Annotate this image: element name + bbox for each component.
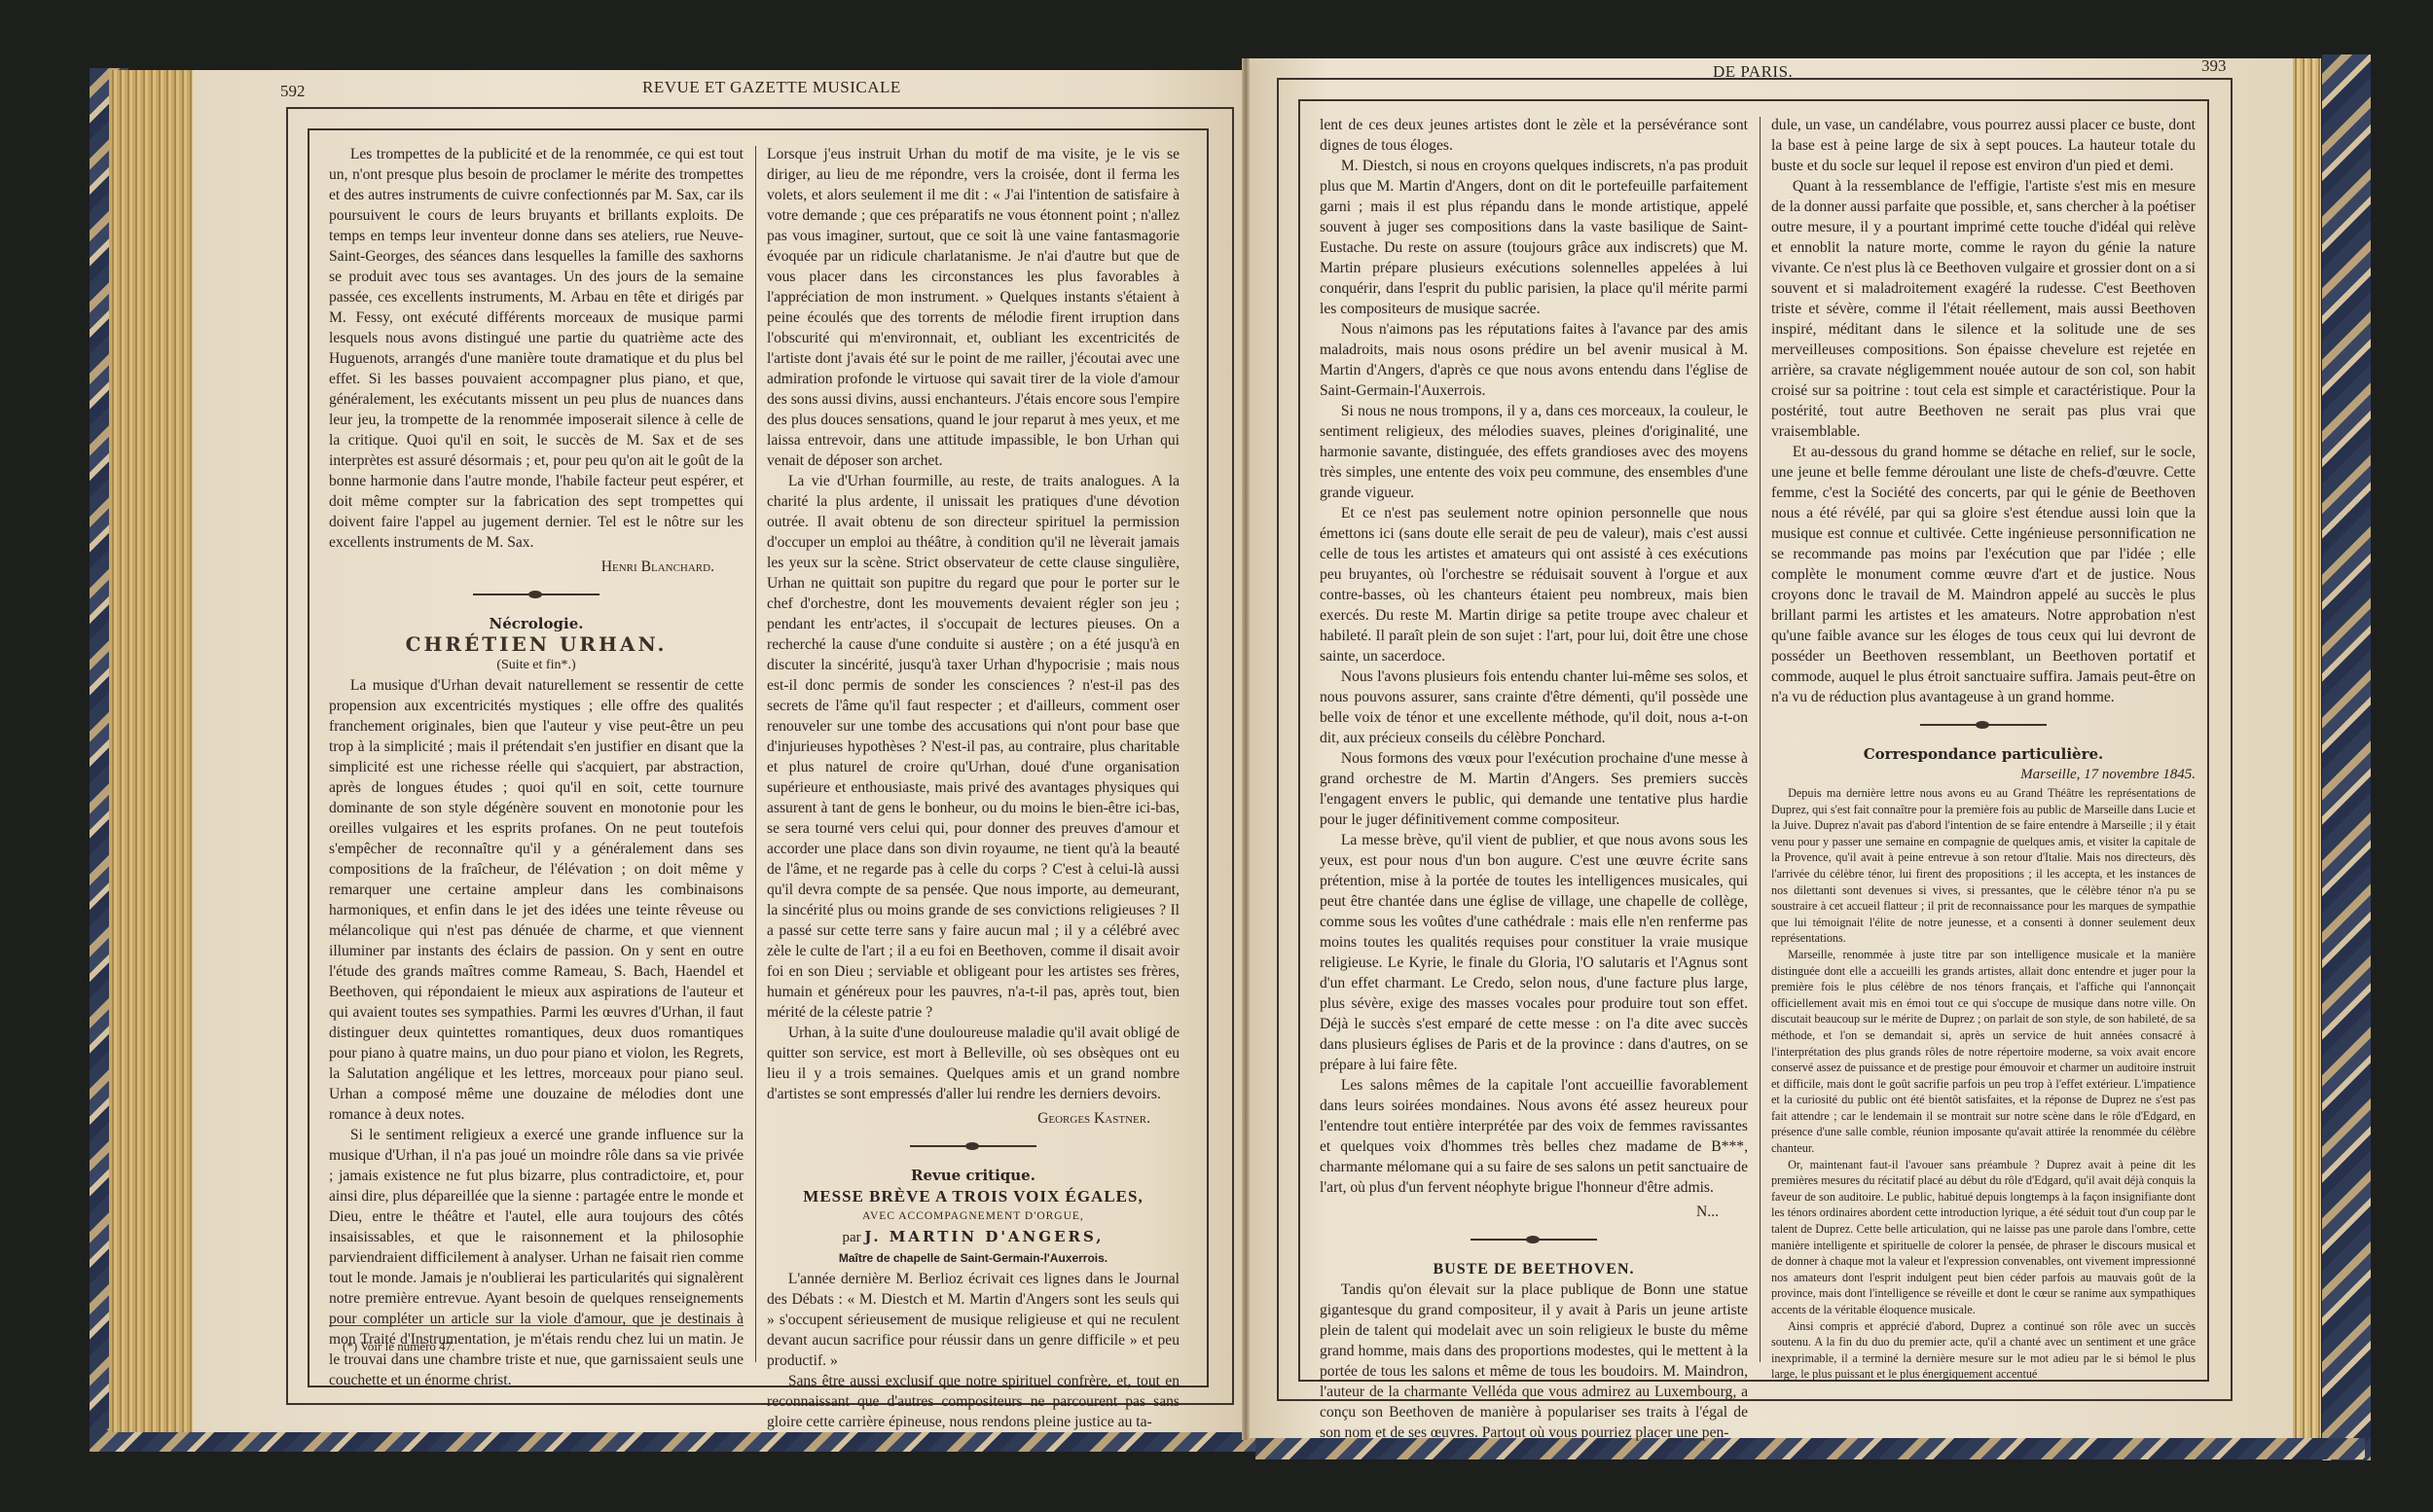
- article-subtitle: (Suite et fin*.): [329, 655, 744, 675]
- paragraph: Quant à la ressemblance de l'effigie, l'…: [1771, 176, 2196, 442]
- book-cover-right-edge: [2322, 54, 2371, 1460]
- paragraph: dule, un vase, un candélabre, vous pourr…: [1771, 115, 2196, 176]
- paragraph: M. Diestch, si nous en croyons quelques …: [1320, 156, 1748, 319]
- review-title: MESSE BRÈVE A TROIS VOIX ÉGALES,: [767, 1186, 1180, 1206]
- paragraph: La messe brève, qu'il vient de publier, …: [1320, 830, 1748, 1075]
- section-title: BUSTE DE BEETHOVEN.: [1320, 1259, 1748, 1279]
- paragraph: Depuis ma dernière lettre nous avons eu …: [1771, 785, 2196, 947]
- paragraph: Nous n'aimons pas les réputations faites…: [1320, 319, 1748, 401]
- signature: N...: [1320, 1202, 1719, 1222]
- paragraph: La musique d'Urhan devait naturellement …: [329, 675, 744, 1125]
- page-number-right: 393: [2201, 56, 2227, 76]
- paragraph: Ainsi compris et apprécié d'abord, Dupre…: [1771, 1318, 2196, 1383]
- ornament-divider: [910, 1142, 1036, 1150]
- ornament-divider: [1471, 1236, 1597, 1243]
- paragraph: La vie d'Urhan fourmille, au reste, de t…: [767, 471, 1180, 1023]
- paragraph: Tandis qu'on élevait sur la place publiq…: [1320, 1279, 1748, 1443]
- left-page-column-2: Lorsque j'eus instruit Urhan du motif de…: [767, 144, 1180, 1432]
- author-prefix: par: [842, 1230, 860, 1245]
- footnote: (*) Voir le numéro 47.: [343, 1339, 454, 1354]
- paragraph: Si nous ne nous trompons, il y a, dans c…: [1320, 401, 1748, 503]
- paragraph: Lorsque j'eus instruit Urhan du motif de…: [767, 144, 1180, 471]
- paragraph: Urhan, à la suite d'une douloureuse mala…: [767, 1023, 1180, 1104]
- review-author: par J. MARTIN D'ANGERS,: [767, 1227, 1180, 1248]
- paragraph: lent de ces deux jeunes artistes dont le…: [1320, 115, 1748, 156]
- correspondence-body: Depuis ma dernière lettre nous avons eu …: [1771, 785, 2196, 1383]
- signature: Georges Kastner.: [767, 1108, 1150, 1129]
- author-name: J. MARTIN D'ANGERS,: [864, 1228, 1104, 1245]
- article-title: CHRÉTIEN URHAN.: [329, 634, 744, 655]
- left-page-column-1: Les trompettes de la publicité et de la …: [329, 144, 744, 1390]
- book-cover-bottom-left: [90, 1430, 1257, 1452]
- dateline: Marseille, 17 novembre 1845.: [1771, 765, 2196, 785]
- right-page-column-2: dule, un vase, un candélabre, vous pourr…: [1771, 115, 2196, 1383]
- ornament-divider: [1920, 721, 2047, 729]
- right-page-column-rule: [1760, 117, 1761, 1362]
- footnote-rule: [329, 1325, 744, 1326]
- review-subtitle: AVEC ACCOMPAGNEMENT D'ORGUE,: [767, 1206, 1180, 1227]
- section-label: Revue critique.: [767, 1166, 1180, 1186]
- paragraph: Nous formons des vœux pour l'exécution p…: [1320, 748, 1748, 830]
- page-edges-left: [109, 70, 193, 1432]
- running-head-left: REVUE ET GAZETTE MUSICALE: [642, 78, 901, 97]
- paragraph: Nous l'avons plusieurs fois entendu chan…: [1320, 666, 1748, 748]
- paragraph: Marseille, renommée à juste titre par so…: [1771, 947, 2196, 1157]
- paragraph: Et au-dessous du grand homme se détache …: [1771, 442, 2196, 707]
- book-gutter: [1242, 58, 1250, 1440]
- ornament-divider: [473, 591, 599, 598]
- page-number-left: 592: [280, 82, 306, 101]
- paragraph: Or, maintenant faut-il l'avouer sans pré…: [1771, 1157, 2196, 1318]
- paragraph: Les salons mêmes de la capitale l'ont ac…: [1320, 1075, 1748, 1198]
- review-author-role: Maître de chapelle de Saint-Germain-l'Au…: [767, 1248, 1180, 1269]
- section-label: Nécrologie.: [329, 614, 744, 634]
- page-edges-right: [2292, 58, 2321, 1438]
- signature: Henri Blanchard.: [329, 557, 714, 577]
- paragraph: L'année dernière M. Berlioz écrivait ces…: [767, 1269, 1180, 1371]
- paragraph: Sans être aussi exclusif que notre spiri…: [767, 1371, 1180, 1432]
- right-page-column-1: lent de ces deux jeunes artistes dont le…: [1320, 115, 1748, 1443]
- paragraph: Et ce n'est pas seulement notre opinion …: [1320, 503, 1748, 666]
- left-page-column-rule: [755, 146, 756, 1362]
- paragraph: Les trompettes de la publicité et de la …: [329, 144, 744, 553]
- section-title: Correspondance particulière.: [1771, 744, 2196, 765]
